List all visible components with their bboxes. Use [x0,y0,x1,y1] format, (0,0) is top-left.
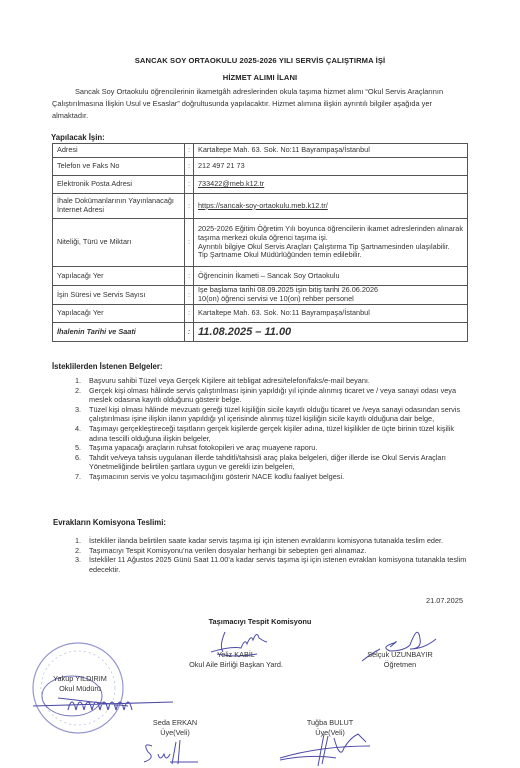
list-item: 1.İstekliler ilanda belirtilen saate kad… [52,536,470,546]
table-row: İhalenin Tarihi ve Saati : 11.08.2025 – … [53,323,468,342]
signatory-role: Üye(Veli) [135,728,215,738]
document-subtitle: HİZMET ALIMI İLANI [0,73,520,82]
signatory-name: Seda ERKAN [135,718,215,728]
row-separator: : [185,323,194,342]
delivery-list: 1.İstekliler ilanda belirtilen saate kad… [52,536,470,574]
place-value: Kartaltepe Mah. 63. Sok. No:11 Bayrampaş… [194,305,468,323]
scope-line: Tip Şartname Okul Müdürlüğünden temin ed… [198,251,463,260]
job-info-table: Adresi : Kartaltepe Mah. 63. Sok. No:11 … [52,143,468,342]
intro-paragraph: Sancak Soy Ortaokulu öğrencilerinin ikam… [52,86,467,122]
table-row: İşin Süresi ve Servis Sayısı : İşe başla… [53,286,468,305]
required-docs-title: İsteklilerden İstenen Belgeler: [52,362,163,371]
document-date: 21.07.2025 [426,596,463,605]
row-separator: : [185,286,194,305]
row-separator: : [185,219,194,267]
row-separator: : [185,267,194,286]
signatory-name: Selçuk UZUNBAYIR [350,650,450,660]
table-row: Yapılacağı Yer : Kartaltepe Mah. 63. Sok… [53,305,468,323]
list-item: 3.Tüzel kişi olması hâlinde mevzuatı ger… [52,405,470,424]
row-label: İşin Süresi ve Servis Sayısı [53,286,185,305]
signatory-name: Yeliz KABİL [176,650,296,660]
table-row: Niteliği, Türü ve Miktarı : 2025-2026 Eğ… [53,219,468,267]
document-title: SANCAK SOY ORTAOKULU 2025-2026 YILI SERV… [0,56,520,65]
row-separator: : [185,194,194,219]
row-label: Adresi [53,144,185,158]
commission-title: Taşımacıyı Tespit Komisyonu [0,617,520,626]
job-section-title: Yapılacak İşin: [51,133,105,142]
signatory-parent-assoc: Yeliz KABİL Okul Aile Birliği Başkan Yar… [176,650,296,670]
row-separator: : [185,144,194,158]
row-label: İhalenin Tarihi ve Saati [53,323,185,342]
address-value: Kartaltepe Mah. 63. Sok. No:11 Bayrampaş… [194,144,468,158]
list-item: 3.İstekliler 11 Ağustos 2025 Günü Saat 1… [52,555,470,574]
signature-tugba-icon [278,728,373,768]
table-row: Telefon ve Faks No : 212 497 21 73 [53,158,468,176]
table-row: Elektronik Posta Adresi : 733422@meb.k12… [53,176,468,194]
list-item: 1.Başvuru sahibi Tüzel veya Gerçek Kişil… [52,376,470,386]
document-page: SANCAK SOY ORTAOKULU 2025-2026 YILI SERV… [0,0,520,768]
signatory-role: Okul Müdürü [40,684,120,694]
row-label: Niteliği, Türü ve Miktarı [53,219,185,267]
signatory-principal: Yakup YILDIRIM Okul Müdürü [40,674,120,694]
location-value: Öğrencinin İkameti – Sancak Soy Ortaokul… [194,267,468,286]
row-label: Elektronik Posta Adresi [53,176,185,194]
scope-line: 2025-2026 Eğitim Öğretim Yılı boyunca öğ… [198,225,463,242]
list-item: 2.Taşımacıyı Tespit Komisyonu’na verilen… [52,546,470,556]
row-label: Yapılacağı Yer [53,267,185,286]
website-link[interactable]: https://sancak-soy-ortaokulu.meb.k12.tr/ [198,201,328,210]
list-item: 2.Gerçek kişi olması hâlinde servis çalı… [52,386,470,405]
signatory-name: Yakup YILDIRIM [40,674,120,684]
row-separator: : [185,176,194,194]
tender-date-value: 11.08.2025 – 11.00 [194,323,468,342]
row-separator: : [185,305,194,323]
signatory-role: Öğretmen [350,660,450,670]
signatory-role: Okul Aile Birliği Başkan Yard. [176,660,296,670]
required-docs-list: 1.Başvuru sahibi Tüzel veya Gerçek Kişil… [52,376,470,482]
list-item: 6.Tahdit ve/veya tahsis uygulanan illerd… [52,453,470,472]
row-label: Yapılacağı Yer [53,305,185,323]
table-row: Yapılacağı Yer : Öğrencinin İkameti – Sa… [53,267,468,286]
delivery-title: Evrakların Komisyona Teslimi: [53,518,166,527]
list-item: 7.Taşımacının servis ve yolcu taşımacılı… [52,472,470,482]
row-separator: : [185,158,194,176]
table-row: Adresi : Kartaltepe Mah. 63. Sok. No:11 … [53,144,468,158]
duration-line: 10(on) öğrenci servisi ve 10(on) rehber … [198,295,463,304]
signatory-name: Tuğba BULUT [285,718,375,728]
email-link[interactable]: 733422@meb.k12.tr [198,179,264,188]
list-item: 4.Taşımayı gerçekleştireceği taşıtların … [52,424,470,443]
table-row: İhale Dokümanlarının Yayınlanacağı İnter… [53,194,468,219]
row-label: İhale Dokümanlarının Yayınlanacağı İnter… [53,194,185,219]
scope-value: 2025-2026 Eğitim Öğretim Yılı boyunca öğ… [194,219,468,267]
signatory-teacher: Selçuk UZUNBAYIR Öğretmen [350,650,450,670]
phone-value: 212 497 21 73 [194,158,468,176]
duration-value: İşe başlama tarihi 08.09.2025 işin bitiş… [194,286,468,305]
row-label: Telefon ve Faks No [53,158,185,176]
signatory-parent-1: Seda ERKAN Üye(Veli) [135,718,215,738]
list-item: 5.Taşıma yapacağı araçların ruhsat fotok… [52,443,470,453]
signature-seda-icon [140,738,200,768]
